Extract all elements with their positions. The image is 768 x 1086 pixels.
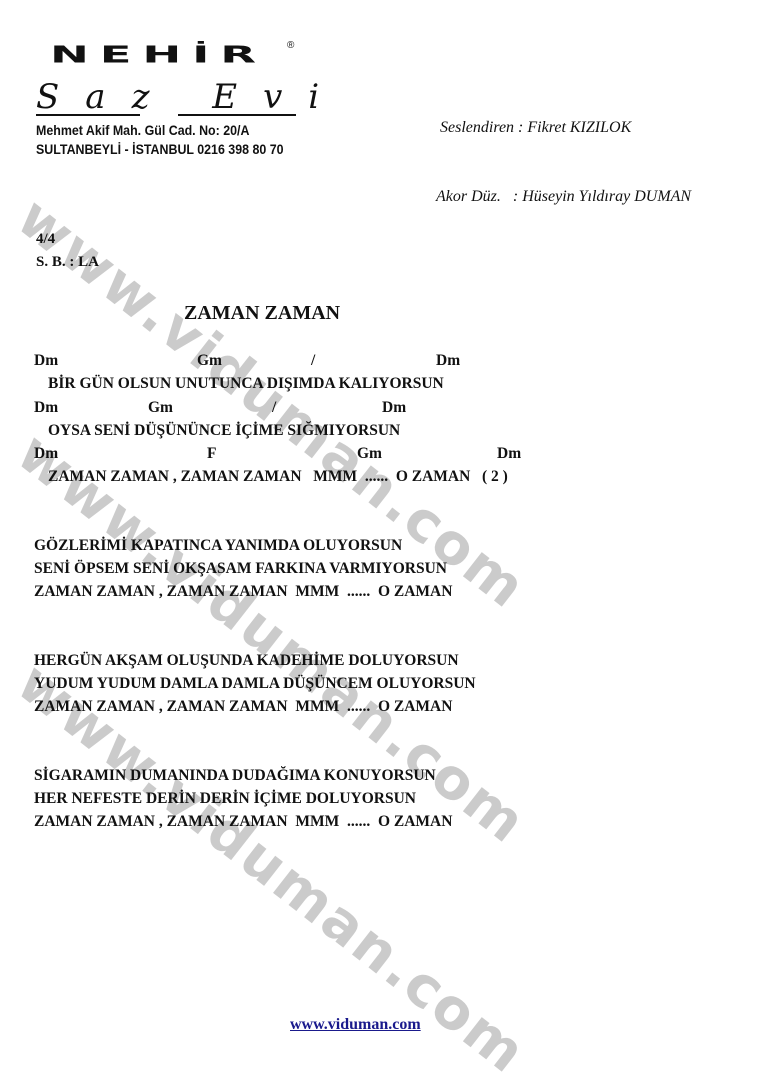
lyric-line: HERGÜN AKŞAM OLUŞUNDA KADEHİME DOLUYORSU… (34, 653, 459, 669)
chord: / (272, 400, 276, 416)
website-link[interactable]: www.viduman.com (290, 1016, 421, 1034)
lyric-line: HER NEFESTE DERİN DERİN İÇİME DOLUYORSUN (34, 791, 416, 807)
chord: Dm (34, 353, 58, 369)
chord: Dm (382, 400, 406, 416)
chord: / (311, 353, 315, 369)
brand-script: Saz Evi (36, 80, 345, 114)
lyric-line: BİR GÜN OLSUN UNUTUNCA DIŞIMDA KALIYORSU… (48, 376, 444, 392)
logo-underline (36, 114, 140, 116)
song-title: ZAMAN ZAMAN (184, 302, 340, 325)
arranger: Akor Düz. : Hüseyin Yıldıray DUMAN (436, 185, 691, 208)
lyric-line: GÖZLERİMİ KAPATINCA YANIMDA OLUYORSUN (34, 538, 402, 554)
chord: Gm (148, 400, 173, 416)
lyric-line: ZAMAN ZAMAN , ZAMAN ZAMAN MMM ...... O Z… (48, 469, 508, 485)
chord: Dm (34, 400, 58, 416)
lyric-line: ZAMAN ZAMAN , ZAMAN ZAMAN MMM ...... O Z… (34, 584, 452, 600)
chord: Gm (357, 446, 382, 462)
chord: Gm (197, 353, 222, 369)
chord: F (207, 446, 216, 462)
chord: Dm (34, 446, 58, 462)
lyric-line: OYSA SENİ DÜŞÜNÜNCE İÇİME SIĞMIYORSUN (48, 423, 400, 439)
lyric-line: SENİ ÖPSEM SENİ OKŞASAM FARKINA VARMIYOR… (34, 561, 447, 577)
key-signature: S. B. : LA (36, 255, 99, 270)
lyric-line: ZAMAN ZAMAN , ZAMAN ZAMAN MMM ...... O Z… (34, 699, 452, 715)
chord: Dm (436, 353, 460, 369)
performer: Seslendiren : Fikret KIZILOK (436, 116, 691, 139)
registered-mark: ® (287, 40, 294, 51)
watermark: www.viduman.com (5, 650, 538, 1086)
chord: Dm (497, 446, 521, 462)
credits: Seslendiren : Fikret KIZILOK Akor Düz. :… (436, 70, 691, 254)
lyric-line: SİGARAMIN DUMANINDA DUDAĞIMA KONUYORSUN (34, 768, 436, 784)
lyric-line: YUDUM YUDUM DAMLA DAMLA DÜŞÜNCEM OLUYORS… (34, 676, 476, 692)
brand-logo: NEHİR (50, 44, 267, 67)
address-line: Mehmet Akif Mah. Gül Cad. No: 20/A (36, 124, 249, 138)
time-signature: 4/4 (36, 232, 55, 247)
logo-underline (178, 114, 296, 116)
address-line: SULTANBEYLİ - İSTANBUL 0216 398 80 70 (36, 143, 284, 157)
lyric-line: ZAMAN ZAMAN , ZAMAN ZAMAN MMM ...... O Z… (34, 814, 452, 830)
